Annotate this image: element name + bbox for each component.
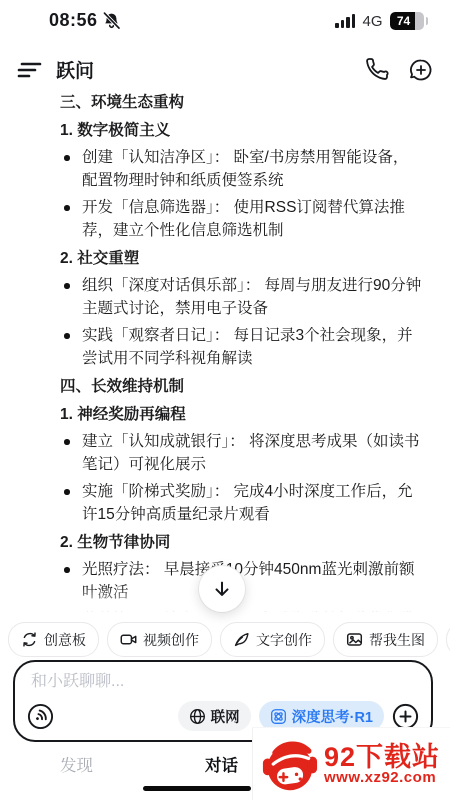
battery-cap: [426, 17, 429, 25]
quick-action-label: 帮我生图: [369, 630, 425, 650]
bullet-item: 实践「观察者日记」： 每日记录3个社会现象，并尝试用不同学科视角解读: [60, 324, 422, 370]
quick-action-label: 视频创作: [143, 630, 199, 650]
bullet-icon: [64, 567, 70, 573]
battery-icon: 74: [390, 12, 424, 30]
chat-message-content: 三、环境生态重构1. 数字极简主义创建「认知洁净区」： 卧室/书房禁用智能设备，…: [0, 86, 450, 612]
bullet-item: 建立「认知成就银行」： 将深度思考成果（如读书笔记）可视化展示: [60, 430, 422, 476]
clock: 08:56: [49, 10, 98, 31]
quick-action-chip[interactable]: 帮我生图: [333, 622, 438, 657]
quick-action-chip[interactable]: 视频创作: [107, 622, 212, 657]
battery-percent: 74: [390, 12, 418, 30]
bullet-item: 开发「信息筛选器」： 使用RSS订阅替代算法推荐，建立个性化信息筛选机制: [60, 196, 422, 242]
bullet-icon: [64, 205, 70, 211]
quick-action-label: 文字创作: [256, 630, 312, 650]
section-heading: 2. 生物节律协同: [60, 531, 422, 554]
new-chat-icon[interactable]: [406, 55, 436, 85]
bullet-item: 实施「阶梯式奖励」： 完成4小时深度工作后，允许15分钟高质量纪录片观看: [60, 480, 422, 526]
scroll-to-bottom-button[interactable]: [199, 566, 245, 612]
signal-bars-icon: [335, 14, 355, 28]
tab-discover[interactable]: 发现: [60, 752, 93, 776]
bullet-text: 创建「认知洁净区」： 卧室/书房禁用智能设备，配置物理时钟和纸质便签系统: [82, 149, 408, 189]
bullet-item: 组织「深度对话俱乐部」： 每周与朋友进行90分钟主题式讨论，禁用电子设备: [60, 274, 422, 320]
bullet-text: 建立「认知成就银行」： 将深度思考成果（如读书笔记）可视化展示: [82, 433, 420, 473]
bullet-icon: [64, 283, 70, 289]
bullet-text: 组织「深度对话俱乐部」： 每周与朋友进行90分钟主题式讨论，禁用电子设备: [82, 277, 421, 317]
menu-icon[interactable]: [14, 56, 44, 84]
gamer-monkey-logo: [262, 736, 318, 794]
tab-chat[interactable]: 对话: [205, 752, 238, 776]
voice-wave-icon[interactable]: [27, 703, 54, 730]
deep-think-label: 深度思考·R1: [292, 706, 373, 727]
page-title: 跃问: [56, 56, 94, 83]
quick-action-chip[interactable]: 文字创作: [220, 622, 325, 657]
bullet-text: 开发「信息筛选器」： 使用RSS订阅替代算法推荐，建立个性化信息筛选机制: [82, 199, 405, 239]
quick-action-chip[interactable]: [446, 622, 450, 657]
image-icon: [346, 631, 363, 648]
network-type: 4G: [362, 13, 382, 30]
quill-icon: [233, 631, 250, 648]
web-search-chip[interactable]: 联网: [178, 701, 251, 731]
bullet-icon: [64, 439, 70, 445]
section-heading: 四、长效维持机制: [60, 375, 422, 398]
home-indicator[interactable]: [143, 786, 251, 791]
bullet-icon: [64, 489, 70, 495]
quick-action-label: 创意板: [44, 630, 86, 650]
bullet-icon: [64, 333, 70, 339]
globe-icon: [189, 708, 206, 725]
cycle-icon: [21, 631, 38, 648]
arrow-down-icon: [211, 578, 233, 600]
web-search-label: 联网: [211, 706, 240, 727]
quick-action-chip[interactable]: 创意板: [8, 622, 99, 657]
quick-actions-row[interactable]: 创意板视频创作文字创作帮我生图: [0, 622, 450, 658]
atom-icon: [270, 708, 287, 725]
section-heading: 2. 社交重塑: [60, 247, 422, 270]
watermark-url: www.xz92.com: [324, 769, 436, 786]
section-heading: 1. 数字极简主义: [60, 119, 422, 142]
section-heading: 1. 神经奖励再编程: [60, 403, 422, 426]
bullet-text: 实施「阶梯式奖励」： 完成4小时深度工作后，允许15分钟高质量纪录片观看: [82, 483, 413, 523]
phone-icon[interactable]: [362, 55, 392, 85]
bullet-item: 创建「认知洁净区」： 卧室/书房禁用智能设备，配置物理时钟和纸质便签系统: [60, 146, 422, 192]
watermark: 92下载站 www.xz92.com: [252, 727, 450, 800]
bullet-icon: [64, 155, 70, 161]
plus-icon[interactable]: [392, 703, 419, 730]
message-input[interactable]: [29, 672, 333, 692]
bell-muted-icon: [101, 11, 122, 32]
video-icon: [120, 631, 137, 648]
status-bar: 08:56 4G 74: [0, 0, 450, 44]
section-heading: 三、环境生态重构: [60, 91, 422, 114]
bullet-text: 实践「观察者日记」： 每日记录3个社会现象，并尝试用不同学科视角解读: [82, 327, 413, 367]
